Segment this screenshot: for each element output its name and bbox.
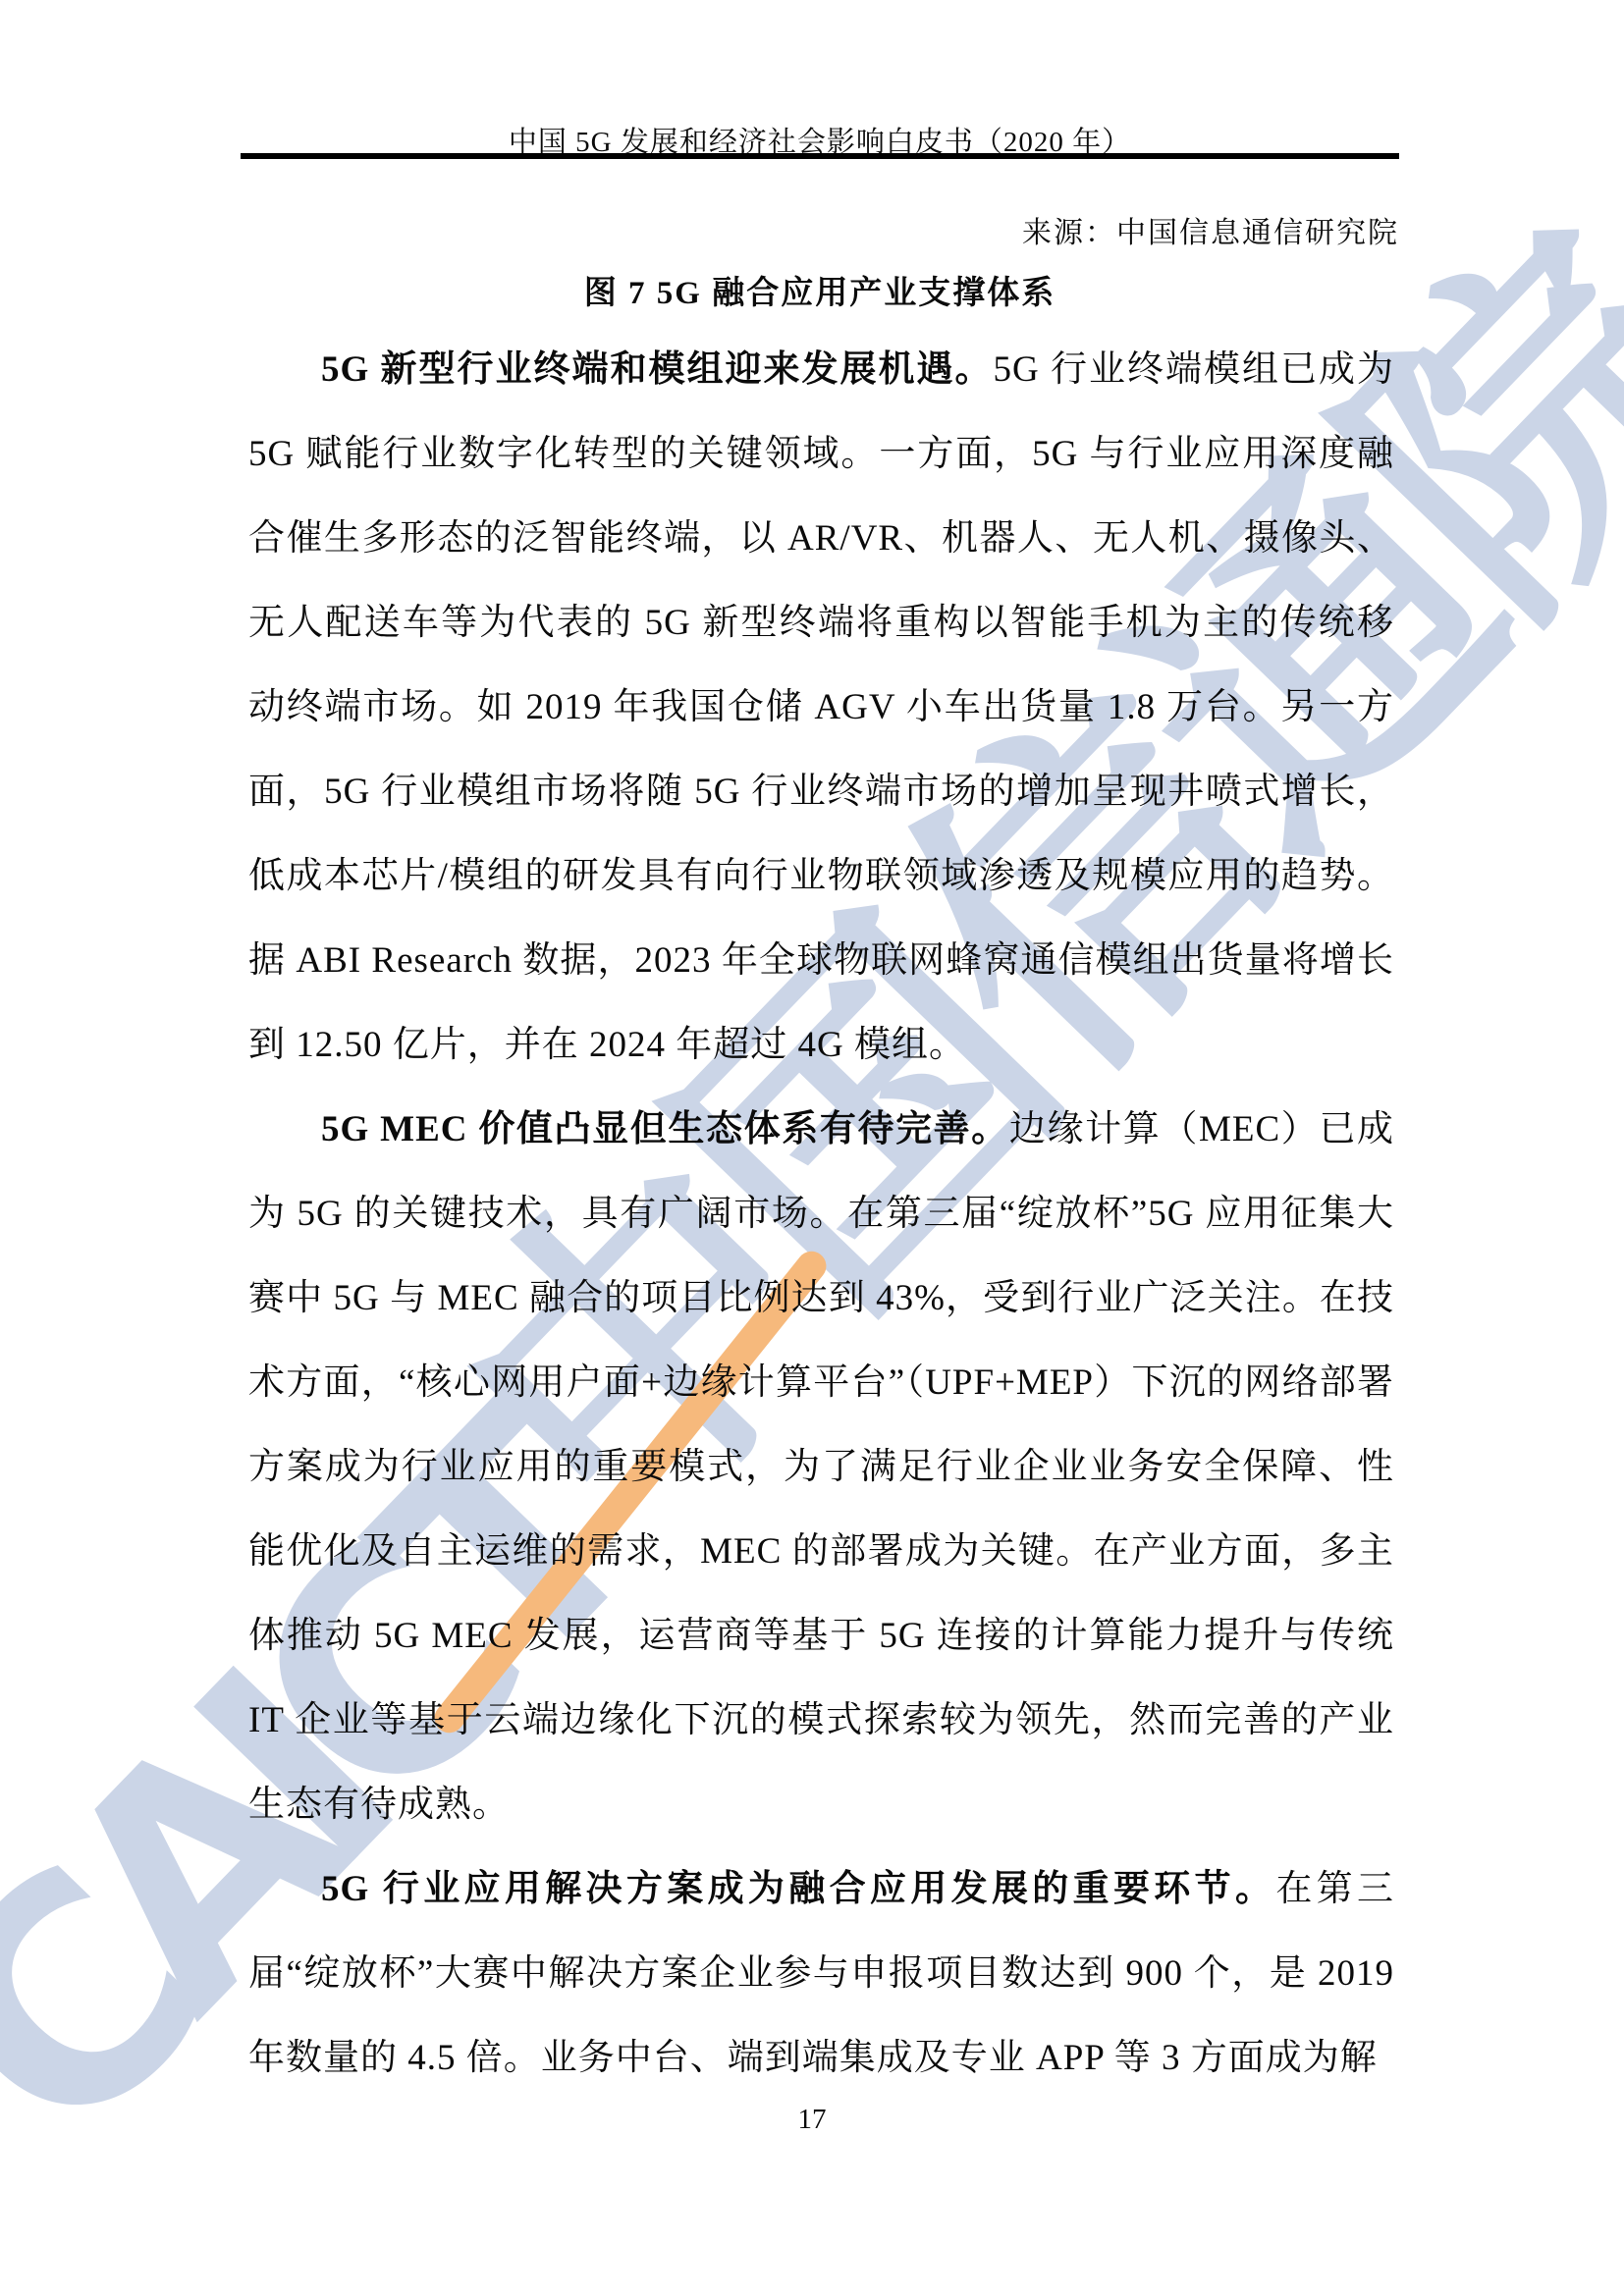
paragraph-body: 边缘计算（MEC）已成为 5G 的关键技术，具有广阔市场。在第三届“绽放杯”5G…: [248, 1109, 1394, 1825]
page-content: 中国 5G 发展和经济社会影响白皮书（2020 年） 来源：中国信息通信研究院 …: [0, 0, 1624, 2296]
paragraph-lead: 5G MEC 价值凸显但生态体系有待完善。: [321, 1109, 1009, 1149]
source-attribution: 来源：中国信息通信研究院: [241, 208, 1399, 251]
header-divider: [241, 153, 1399, 159]
paragraph-lead: 5G 新型行业终端和模组迎来发展机遇。: [321, 349, 994, 390]
paragraph: 5G 新型行业终端和模组迎来发展机遇。5G 行业终端模组已成为 5G 赋能行业数…: [248, 328, 1394, 1088]
page-number: 17: [0, 2104, 1624, 2136]
document-page: CAICT中国信通院 中国 5G 发展和经济社会影响白皮书（2020 年） 来源…: [0, 0, 1624, 2296]
figure-caption: 图 7 5G 融合应用产业支撑体系: [241, 267, 1399, 313]
paragraph-lead: 5G 行业应用解决方案成为融合应用发展的重要环节。: [321, 1869, 1275, 1909]
paragraph: 5G 行业应用解决方案成为融合应用发展的重要环节。在第三届“绽放杯”大赛中解决方…: [248, 1847, 1394, 2101]
paragraph: 5G MEC 价值凸显但生态体系有待完善。边缘计算（MEC）已成为 5G 的关键…: [248, 1088, 1394, 1847]
body-text: 5G 新型行业终端和模组迎来发展机遇。5G 行业终端模组已成为 5G 赋能行业数…: [248, 328, 1394, 2101]
paragraph-body: 5G 行业终端模组已成为 5G 赋能行业数字化转型的关键领域。一方面，5G 与行…: [248, 349, 1394, 1065]
